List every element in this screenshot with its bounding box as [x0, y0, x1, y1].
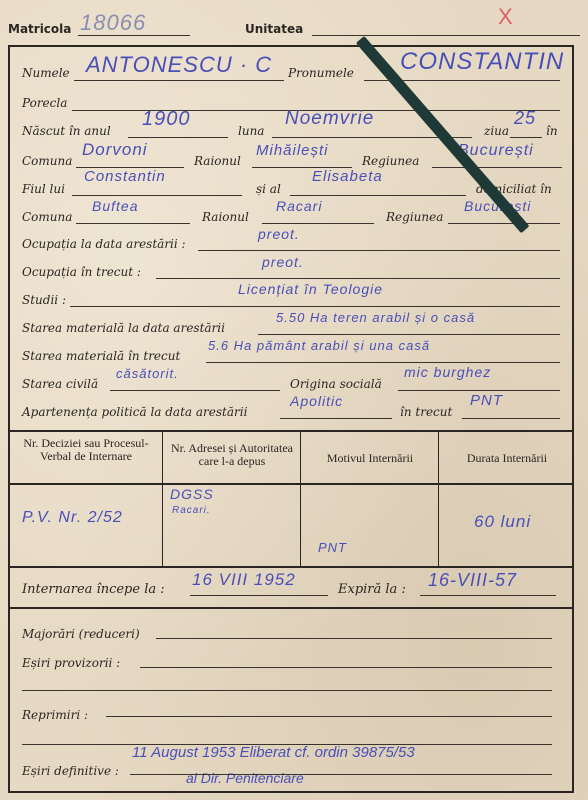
stare-materiala-trecut-label: Starea materială în trecut: [22, 349, 180, 363]
unitatea-label: Unitatea: [245, 22, 303, 36]
in-trecut-value: PNT: [470, 392, 503, 409]
table-header-durata: Durata Internării: [440, 452, 574, 465]
stare-civila-value: căsătorit.: [116, 366, 179, 381]
si-al-value: Elisabeta: [312, 168, 383, 185]
in-label: în: [546, 124, 558, 138]
comuna-nastere-value: Dorvoni: [82, 140, 148, 160]
ocupatia-arestare-label: Ocupația la data arestării :: [22, 237, 186, 251]
matricola-value: 18066: [80, 10, 146, 36]
stare-civila-label: Starea civilă: [22, 377, 98, 391]
in-trecut-label: în trecut: [400, 405, 452, 419]
stare-materiala-trecut-value: 5.6 Ha pământ arabil și una casă: [208, 338, 430, 353]
internare-expira-label: Expiră la :: [338, 582, 406, 597]
table-header-adresa: Nr. Adresei și Autoritatea care l-a depu…: [164, 442, 300, 468]
pronumele-value: CONSTANTIN: [400, 48, 564, 76]
table-cell-decizie: P.V. Nr. 2/52: [22, 509, 123, 527]
matricola-label: Matricola: [8, 22, 71, 36]
internare-incepe-label: Internarea începe la :: [22, 582, 165, 597]
comuna-domiciliu-label: Comuna: [22, 210, 72, 224]
table-cell-motiv: PNT: [318, 540, 347, 555]
table-cell-durata: 60 luni: [474, 512, 531, 532]
numele-value: ANTONESCU · C: [86, 52, 272, 78]
esiri-definitive-line2: al Dir. Penitenciare: [186, 770, 304, 786]
nascut-an-value: 1900: [142, 108, 191, 131]
red-x-mark: X: [498, 4, 513, 30]
regiunea-domiciliu-label: Regiunea: [386, 210, 443, 224]
raionul-nastere-value: Mihăilești: [256, 142, 329, 159]
stare-materiala-arestare-value: 5.50 Ha teren arabil și o casă: [276, 310, 475, 325]
luna-label: luna: [238, 124, 264, 138]
fiul-lui-value: Constantin: [84, 168, 166, 185]
raionul-domiciliu-label: Raionul: [202, 210, 249, 224]
table-header-decizie: Nr. Deciziei sau Procesul-Verbal de Inte…: [10, 437, 162, 463]
ziua-value: 25: [514, 108, 536, 129]
internare-bottom-border: [8, 607, 574, 609]
table-header-motiv: Motivul Internării: [302, 452, 438, 465]
apartenenta-politica-value: Apolitic: [290, 393, 343, 409]
si-al-label: și al: [256, 182, 281, 196]
origina-sociala-value: mic burghez: [404, 364, 491, 380]
ocupatia-trecut-value: preot.: [262, 254, 304, 270]
table-cell-adresa-line2: Racari.: [172, 505, 211, 516]
origina-sociala-label: Origina socială: [290, 377, 382, 391]
esiri-definitive-line1: 11 August 1953 Eliberat cf. ordin 39875/…: [132, 744, 415, 761]
internare-incepe-value: 16 VIII 1952: [192, 570, 296, 590]
table-bottom-border: [8, 566, 574, 568]
studii-label: Studii :: [22, 293, 66, 307]
table-top-border: [8, 430, 574, 432]
fiul-lui-label: Fiul lui: [22, 182, 65, 196]
luna-value: Noemvrie: [285, 108, 374, 130]
regiunea-nastere-label: Regiunea: [362, 154, 419, 168]
studii-value: Licențiat în Teologie: [238, 281, 383, 297]
numele-label: Numele: [22, 66, 70, 80]
raionul-domiciliu-value: Racari: [276, 198, 322, 214]
ocupatia-trecut-label: Ocupația în trecut :: [22, 265, 141, 279]
comuna-nastere-label: Comuna: [22, 154, 72, 168]
table-header-border: [8, 483, 574, 485]
ziua-label: ziua: [484, 124, 509, 138]
stare-materiala-arestare-label: Starea materială la data arestării: [22, 321, 225, 335]
table-cell-adresa-line1: DGSS: [170, 486, 214, 502]
internare-expira-value: 16-VIII-57: [428, 570, 517, 591]
nascut-label: Născut în anul: [22, 124, 111, 138]
comuna-domiciliu-value: Buftea: [92, 198, 138, 214]
apartenenta-politica-label: Apartenența politică la data arestării: [22, 405, 247, 419]
esiri-provizorii-label: Eșiri provizorii :: [22, 656, 120, 670]
porecla-label: Porecla: [22, 96, 67, 110]
majorari-label: Majorări (reduceri): [22, 627, 140, 641]
pronumele-label: Pronumele: [288, 66, 354, 80]
ocupatia-arestare-value: preot.: [258, 226, 300, 242]
raionul-nastere-label: Raionul: [194, 154, 241, 168]
esiri-definitive-label: Eșiri definitive :: [22, 764, 119, 778]
reprimiri-label: Reprimiri :: [22, 708, 88, 722]
